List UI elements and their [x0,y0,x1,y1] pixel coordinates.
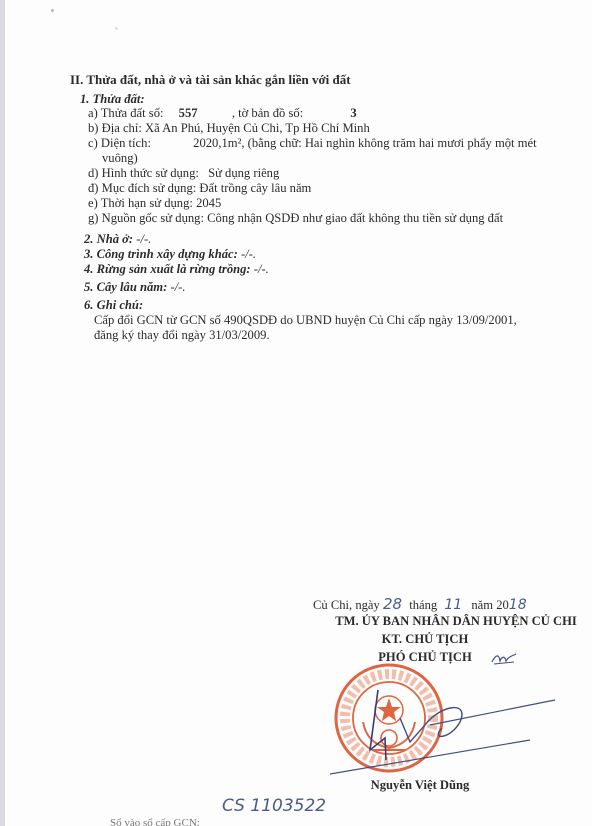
address-value: Xã An Phú, Huyện Củ Chi, Tp Hồ Chí Minh [145,121,370,135]
section-title: II. Thửa đất, nhà ở và tài sản khác gắn … [70,72,351,87]
term-row: e) Thời hạn sử dụng: 2045 [88,196,221,211]
notes-line-1: Cấp đổi GCN từ GCN số 490QSDĐ do UBND hu… [94,313,517,328]
parcel-label: a) Thửa đất số: [88,106,164,120]
place-date-prefix: Củ Chi, ngày [313,598,380,612]
usage-form-label: d) Hình thức sử dụng: [88,166,199,180]
purpose-row: đ) Mục đích sử dụng: Đất trồng cây lâu n… [88,181,311,196]
forest-row: 4. Rừng sản xuất là rừng trồng: -/-. [84,262,269,277]
area-value: 2020,1m², (bằng chữ: Hai nghìn không tră… [193,136,536,150]
area-label: c) Diện tích: [88,136,190,151]
parcel-row: a) Thửa đất số: 557 , tờ bản đồ số: 3 [88,106,357,121]
map-number: 3 [350,106,356,121]
other-construction-heading: 3. Công trình xây dựng khác: [84,247,238,261]
footer-handwritten-code: CS 1103522 [222,799,326,814]
signer-role-1: KT. CHỦ TỊCH [320,632,530,647]
initials-scribble-icon [490,650,520,666]
forest-value: -/-. [254,262,269,276]
address-label: b) Địa chỉ: [88,121,142,135]
notes-heading: 6. Ghi chú: [84,298,143,313]
forest-heading: 4. Rừng sản xuất là rừng trồng: [84,262,251,276]
housing-heading: 2. Nhà ở: [84,232,133,246]
footer-partial-text: Số vào sổ cấp GCN: [110,816,200,826]
housing-row: 2. Nhà ở: -/-. [84,232,151,247]
land-certificate-page: II. Thửa đất, nhà ở và tài sản khác gắn … [0,0,592,826]
signer-name: Nguyễn Việt Dũng [320,778,520,793]
perennial-row: 5. Cây lâu năm: -/-. [84,280,185,295]
other-construction-row: 3. Công trình xây dựng khác: -/-. [84,247,256,262]
address-row: b) Địa chỉ: Xã An Phú, Huyện Củ Chi, Tp … [88,121,370,136]
parcel-number: 557 [179,106,229,121]
term-value: 2045 [196,196,221,210]
handwritten-signature-icon [330,680,560,780]
place-date: Củ Chi, ngày 28 tháng 11 năm 2018 [313,597,527,613]
usage-form-row: d) Hình thức sử dụng: Sử dụng riêng [88,166,279,181]
purpose-label: đ) Mục đích sử dụng: [88,181,196,195]
year-handwritten: 18 [509,597,527,613]
area-value-continued: vuông) [102,151,138,166]
area-row: c) Diện tích: 2020,1m², (bằng chữ: Hai n… [88,136,537,151]
land-heading: 1. Thửa đất: [80,92,145,107]
origin-row: g) Nguồn gốc sử dụng: Công nhận QSDĐ như… [88,211,503,226]
origin-label: g) Nguồn gốc sử dụng: [88,211,204,225]
housing-value: -/-. [136,232,151,246]
day-handwritten: 28 [383,595,402,613]
origin-value: Công nhận QSDĐ như giao đất không thu ti… [207,211,503,225]
month-handwritten: 11 [444,597,462,613]
other-construction-value: -/-. [241,247,256,261]
month-label: tháng [409,598,437,612]
issuing-organization: TM. ỦY BAN NHÂN DÂN HUYỆN CỦ CHI [320,614,592,629]
purpose-value: Đất trồng cây lâu năm [199,181,311,195]
usage-form-value: Sử dụng riêng [208,166,279,180]
notes-line-2: đăng ký thay đổi ngày 31/03/2009. [94,328,270,343]
term-label: e) Thời hạn sử dụng: [88,196,193,210]
year-label: năm 20 [471,598,508,612]
perennial-value: -/-. [170,280,185,294]
map-label: , tờ bản đồ số: [232,106,303,120]
perennial-heading: 5. Cây lâu năm: [84,280,167,294]
